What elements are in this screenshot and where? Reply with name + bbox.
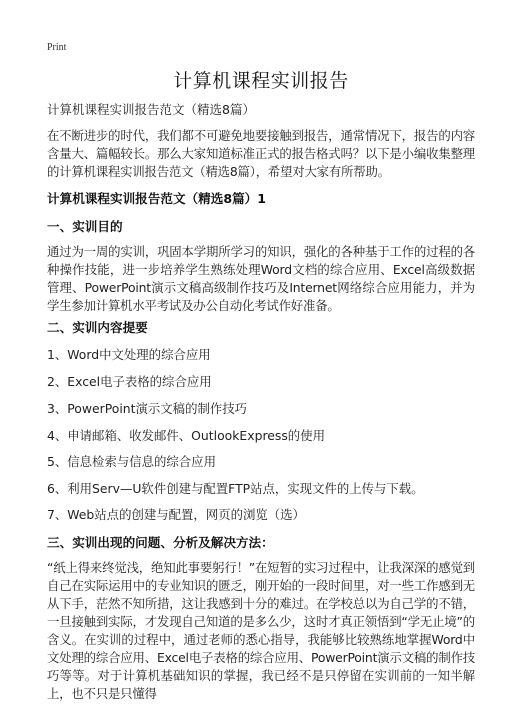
content-list-item: 2、Excel电子表格的综合应用	[47, 372, 212, 390]
content-list-item: 7、Web站点的创建与配置，网页的浏览（选）	[47, 505, 305, 523]
content-list-item: 6、利用Serv—U软件创建与配置FTP站点，实现文件的上传与下载。	[47, 479, 424, 497]
document-subtitle: 计算机课程实训报告范文（精选8篇）	[47, 100, 255, 118]
section-heading-problems: 三、实训出现的问题、分析及解决方法：	[47, 532, 274, 551]
content-list-item: 3、PowerPoint演示文稿的制作技巧	[47, 399, 247, 417]
intro-paragraph: 在不断进步的时代，我们都不可避免地要接触到报告，通常情况下，报告的内容含量大、篇…	[47, 127, 475, 181]
content-list-item: 4、申请邮箱、收发邮件、OutlookExpress的使用	[47, 426, 325, 444]
section-heading-content: 二、实训内容提要	[47, 317, 148, 336]
print-label: Print	[47, 42, 66, 53]
content-list-item: 1、Word中文处理的综合应用	[47, 345, 211, 363]
section-heading-objective: 一、实训目的	[47, 216, 123, 235]
section-body-problems: “纸上得来终觉浅，绝知此事要躬行！”在短暂的实习过程中，让我深深的感觉到自己在实…	[47, 559, 475, 703]
document-title: 计算机课程实训报告	[47, 66, 475, 93]
section-body-objective: 通过为一周的实训，巩固本学期所学习的知识，强化的各种基于工作的过程的各种操作技能…	[47, 243, 475, 315]
content-list-item: 5、信息检索与信息的综合应用	[47, 452, 216, 470]
article-heading: 计算机课程实训报告范文（精选8篇）1	[47, 188, 266, 207]
